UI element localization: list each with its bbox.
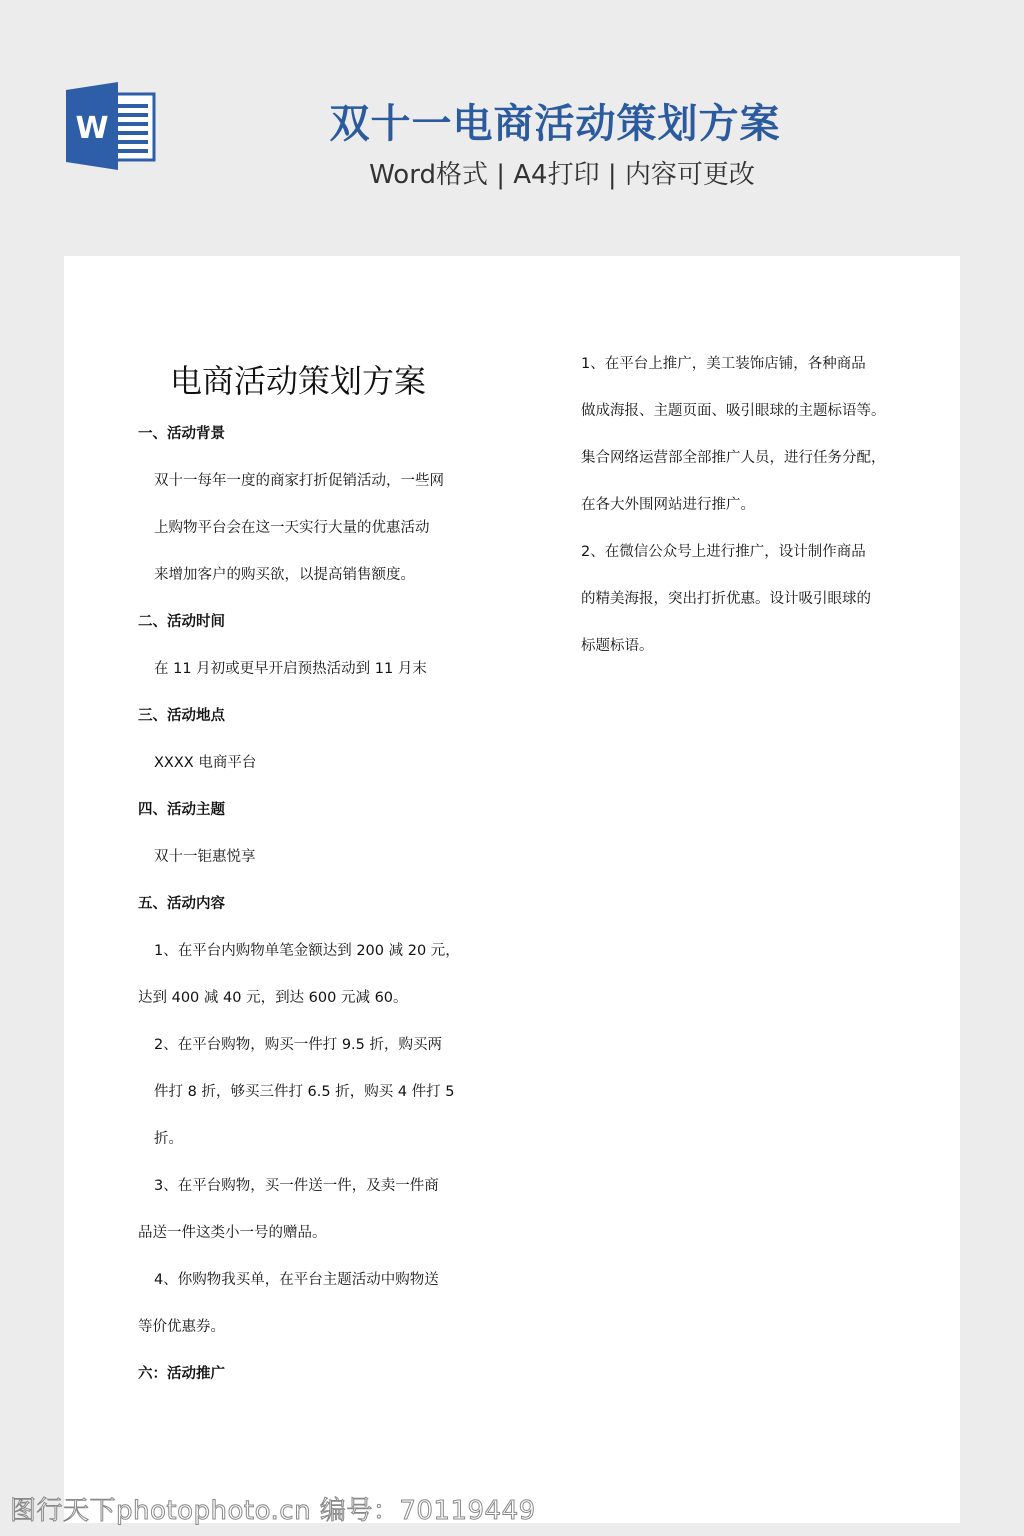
paragraph-line: XXXX 电商平台 — [138, 751, 473, 798]
paragraph-line: 4、你购物我买单，在平台主题活动中购物送 — [138, 1268, 473, 1315]
paragraph-line: 2、在平台购物，购买一件打 9.5 折，购买两 — [138, 1033, 473, 1080]
paragraph-line: 折。 — [138, 1127, 473, 1174]
watermark: 图行天下photophoto.cn 编号：70119449 — [10, 1490, 536, 1527]
paragraph-line: 标题标语。 — [581, 634, 911, 681]
paragraph-line: 1、在平台上推广，美工装饰店铺，各种商品 — [581, 352, 911, 399]
paragraph-line: 1、在平台内购物单笔金额达到 200 减 20 元， — [138, 939, 473, 986]
paragraph-line: 集合网络运营部全部推广人员，进行任务分配， — [581, 446, 911, 493]
paragraph-line: 达到 400 减 40 元，到达 600 元减 60。 — [138, 986, 473, 1033]
paragraph-line: 做成海报、主题页面、吸引眼球的主题标语等。 — [581, 399, 911, 446]
section-heading: 四、活动主题 — [138, 798, 473, 845]
paragraph-line: 的精美海报，突出打折优惠。设计吸引眼球的 — [581, 587, 911, 634]
section-heading: 二、活动时间 — [138, 610, 473, 657]
document-title: 电商活动策划方案 — [170, 356, 426, 402]
paragraph-line: 等价优惠券。 — [138, 1315, 473, 1362]
paragraph-line: 品送一件这类小一号的赠品。 — [138, 1221, 473, 1268]
paragraph-line: 件打 8 折，够买三件打 6.5 折，购买 4 件打 5 — [138, 1080, 473, 1127]
paragraph-line: 3、在平台购物，买一件送一件，及卖一件商 — [138, 1174, 473, 1221]
paragraph-line: 在 11 月初或更早开启预热活动到 11 月末 — [138, 657, 473, 704]
paragraph-line: 上购物平台会在这一天实行大量的优惠活动 — [138, 516, 473, 563]
section-heading: 三、活动地点 — [138, 704, 473, 751]
paragraph-line: 2、在微信公众号上进行推广，设计制作商品 — [581, 540, 911, 587]
paragraph-line: 在各大外围网站进行推广。 — [581, 493, 911, 540]
paragraph-line: 双十一每年一度的商家打折促销活动，一些网 — [138, 469, 473, 516]
section-heading: 六：活动推广 — [138, 1362, 473, 1409]
left-column: 一、活动背景双十一每年一度的商家打折促销活动，一些网上购物平台会在这一天实行大量… — [138, 422, 473, 1409]
section-heading: 五、活动内容 — [138, 892, 473, 939]
section-heading: 一、活动背景 — [138, 422, 473, 469]
banner-title: 双十一电商活动策划方案 — [0, 92, 1024, 149]
banner-subtitle: Word格式 | A4打印 | 内容可更改 — [0, 154, 1024, 191]
paragraph-line: 双十一钜惠悦享 — [138, 845, 473, 892]
right-column: 1、在平台上推广，美工装饰店铺，各种商品做成海报、主题页面、吸引眼球的主题标语等… — [581, 352, 911, 681]
paragraph-line: 来增加客户的购买欲，以提高销售额度。 — [138, 563, 473, 610]
